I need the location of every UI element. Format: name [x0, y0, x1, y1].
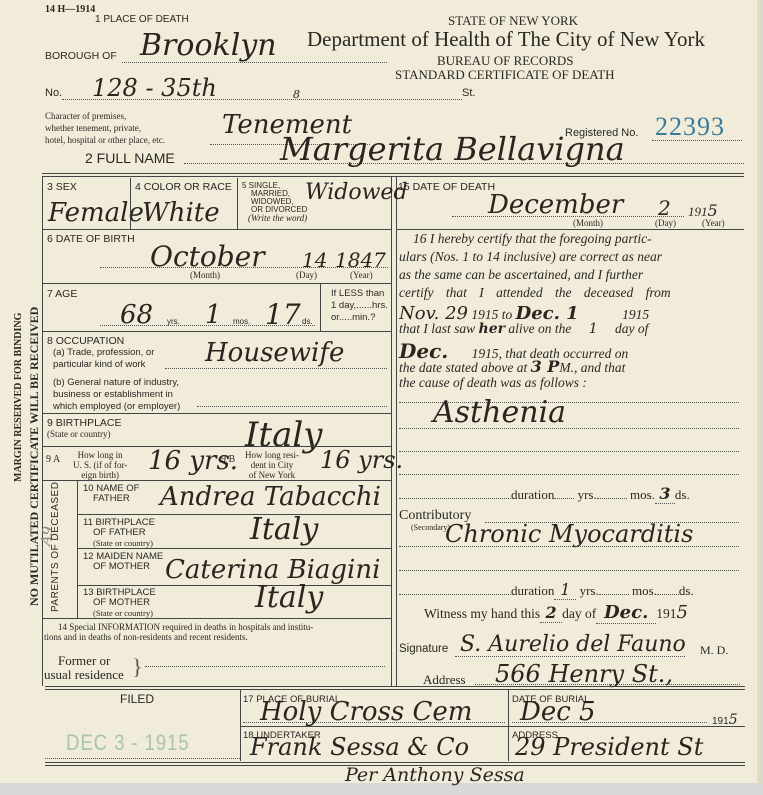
age-months: 1 [205, 300, 222, 330]
dob-label: 6 DATE OF BIRTH [47, 233, 135, 245]
place-of-death-section-label: 1 PLACE OF DEATH [95, 14, 189, 25]
filed-label: FILED [120, 692, 154, 706]
occupation-b-line: business or establishment in [53, 389, 180, 401]
father-birthplace-line: OF FATHER [83, 528, 155, 538]
mother-birthplace-value: Italy [255, 580, 323, 615]
duration-days: 3 [655, 484, 675, 504]
us-duration-prefix: 9 A [46, 454, 60, 465]
mother-name-line: OF MOTHER [83, 562, 163, 572]
father-birthplace-line: (State or country) [83, 538, 155, 548]
death-day: 2 [658, 196, 671, 220]
special-info-line: 14 Special INFORMATION required in death… [58, 622, 313, 632]
primary-duration-line: duration yrs. mos.3ds. [399, 484, 690, 504]
birthplace-value: Italy [245, 415, 322, 455]
nyc-duration-line: dent in City [245, 460, 299, 470]
street-suffix-label: St. [462, 87, 475, 99]
witness-month-value: Dec. [596, 602, 656, 624]
physician-signature: S. Aurelio del Fauno [460, 632, 686, 657]
premises-label-1: Character of premises, [45, 111, 126, 121]
full-name-value: Margerita Bellavigna [280, 130, 625, 168]
certify-line-1: 16 I hereby certify that the foregoing p… [413, 231, 652, 247]
attended-from-year: 1915 [471, 307, 498, 322]
death-day-caption: (Day) [655, 218, 676, 228]
date-of-death-label: 15 DATE OF DEATH [398, 181, 495, 193]
age-days: 17 [265, 298, 301, 331]
md-label: M. D. [700, 643, 728, 658]
duration-days [657, 594, 679, 595]
mother-name-label: 12 MAIDEN NAME OF MOTHER [83, 552, 163, 572]
dob-year: 1847 [335, 248, 386, 272]
dob-month: October [150, 240, 265, 273]
occupation-a-line: (a) Trade, profession, or [53, 347, 154, 359]
former-residence-label-2: usual residence [44, 667, 124, 683]
father-birthplace-value: Italy [250, 512, 318, 547]
birthplace-sublabel: (State or country) [47, 429, 110, 439]
father-name-label: 10 NAME OF FATHER [83, 484, 140, 504]
us-duration-line: How long in [73, 450, 127, 460]
undertaker-address-value: 29 President St [515, 733, 703, 761]
last-saw-label: that I last saw [399, 321, 475, 336]
burial-place-value: Holy Cross Cem [260, 697, 472, 727]
sex-label: 3 SEX [47, 181, 77, 193]
death-month: December [488, 190, 623, 220]
department-heading: Department of Health of The City of New … [307, 27, 705, 52]
premises-label-2: whether tenement, private, [45, 123, 141, 133]
duration-label: duration [511, 487, 554, 502]
physician-address-value: 566 Henry St., [495, 660, 673, 688]
signature-label: Signature [399, 643, 448, 655]
special-info-line: tions and in deaths of non-residents and… [44, 632, 313, 642]
secondary-duration-line: duration1 yrs. mos.ds. [399, 580, 694, 600]
undertaker-value: Frank Sessa & Co [250, 733, 469, 761]
street-no-label: No. [45, 87, 62, 99]
death-year-prefix: 191 [688, 204, 708, 219]
parents-group-label: PARENTS OF DECEASED [50, 482, 61, 612]
primary-cause-value: Asthenia [433, 395, 566, 430]
us-duration-label: How long in U. S. (if of for- eign birth… [73, 450, 127, 480]
margin-binding-note: MARGIN RESERVED FOR BINDING [13, 313, 24, 482]
borough-label: BOROUGH OF [45, 50, 117, 62]
attended-to-year: 1915 [622, 307, 649, 322]
age-years: 68 [120, 300, 153, 330]
race-label: 4 COLOR OR RACE [135, 181, 232, 193]
death-time-line: the date stated above at 3 PM., and that [399, 357, 625, 376]
last-saw-value: her [479, 321, 505, 337]
undertaker-per-signature: Per Anthony Sessa [345, 764, 525, 786]
duration-years [554, 498, 574, 499]
day-of-label: day of [615, 321, 648, 336]
marital-label: 5 SINGLE, MARRIED, WIDOWED, OR DIVORCED … [242, 182, 307, 222]
certify-line-4: certify that I attended the deceased fro… [399, 285, 671, 301]
mother-birthplace-label: 13 BIRTHPLACE OF MOTHER (State or countr… [83, 588, 156, 618]
father-name-value: Andrea Tabacchi [160, 482, 381, 512]
duration-years: 1 [554, 580, 576, 600]
alive-on-label: alive on the [508, 321, 571, 336]
alive-day-value: 1 [575, 321, 612, 337]
less-than-day-note: If LESS than 1 day,......hrs. or.....min… [331, 288, 388, 324]
race-value: White [142, 198, 220, 228]
witness-dayof-label: day of [562, 606, 596, 621]
occupation-a-value: Housewife [205, 338, 344, 368]
witness-label: Witness my hand this [424, 606, 540, 621]
nyc-duration-line: How long resi- [245, 450, 299, 460]
witness-year-suffix: 5 [676, 602, 687, 623]
duration-months [599, 594, 629, 595]
occupation-a-line: particular kind of work [53, 359, 154, 371]
father-name-line: FATHER [83, 494, 140, 504]
burial-date-value: Dec 5 [520, 697, 596, 727]
mother-birthplace-line: (State or country) [83, 608, 156, 618]
premises-label-3: hotel, hospital or other place, etc. [45, 135, 165, 145]
less-than-line: 1 day,......hrs. [331, 300, 388, 312]
secondary-cause-value: Chronic Myocarditis [445, 520, 693, 548]
street-no-value: 128 - 35th [92, 74, 217, 102]
marital-label-line: (Write the word) [242, 214, 307, 222]
mother-birthplace-line: OF MOTHER [83, 598, 156, 608]
death-time-suffix: M., and that [559, 360, 625, 375]
us-duration-line: eign birth) [73, 470, 127, 480]
age-ds-label: ds. [302, 317, 313, 326]
age-label: 7 AGE [47, 288, 77, 300]
special-info-note: 14 Special INFORMATION required in death… [58, 622, 313, 642]
witness-day-value: 2 [540, 603, 562, 623]
nyc-duration-value: 16 yrs. [320, 446, 403, 474]
age-yrs-label: yrs. [167, 317, 180, 326]
cause-intro: the cause of death was as follows : [399, 375, 587, 391]
dob-day-caption: (Day) [296, 270, 317, 280]
death-year-caption: (Year) [702, 218, 725, 228]
marital-value: Widowed [305, 180, 408, 205]
dob-month-caption: (Month) [190, 270, 220, 280]
duration-months [597, 498, 627, 499]
us-duration-line: U. S. (if of for- [73, 460, 127, 470]
witness-line: Witness my hand this2day ofDec.1915 [424, 602, 688, 624]
nyc-duration-label: How long resi- dent in City of New York [245, 450, 299, 480]
dob-year-caption: (Year) [350, 270, 373, 280]
birthplace-label: 9 BIRTHPLACE [47, 417, 122, 429]
attended-to-label: to [502, 307, 513, 322]
certify-line-2: ulars (Nos. 1 to 14 inclusive) are corre… [399, 249, 662, 265]
occupation-b-label: (b) General nature of industry, business… [53, 377, 180, 413]
nyc-duration-line: of New York [245, 470, 299, 480]
borough-value: Brooklyn [140, 28, 277, 63]
death-month-caption: (Month) [573, 218, 603, 228]
occupation-a-label: (a) Trade, profession, or particular kin… [53, 347, 154, 371]
occupation-b-line: (b) General nature of industry, [53, 377, 180, 389]
death-time-value: 3 P [531, 357, 560, 376]
last-saw-line: that I last saw her alive on the 1 day o… [399, 321, 648, 337]
witness-year-prefix: 191 [656, 606, 676, 621]
full-name-label: 2 FULL NAME [85, 150, 175, 166]
dob-day: 14 [302, 248, 327, 272]
certify-line-3: as the same can be ascertained, and I fu… [399, 267, 643, 283]
certificate-title: STANDARD CERTIFICATE OF DEATH [395, 67, 615, 83]
father-birthplace-label: 11 BIRTHPLACE OF FATHER (State or countr… [83, 518, 155, 548]
filed-date-stamp: DEC 3 - 1915 [66, 730, 190, 756]
registered-no-stamp: 22393 [655, 112, 725, 142]
age-mos-label: mos. [233, 317, 250, 326]
margin-mutilated-warning: NO MUTILATED CERTIFICATE WILL BE RECEIVE… [27, 307, 42, 606]
former-residence-field [145, 666, 385, 667]
occupation-b-line: which employed (or employer) [53, 401, 180, 413]
brace-icon: } [132, 654, 143, 680]
form-code: 14 H—1914 [45, 4, 95, 15]
less-than-line: or.....min.? [331, 312, 388, 324]
occupation-label: 8 OCCUPATION [47, 335, 124, 347]
death-time-label: the date stated above at [399, 360, 527, 375]
nyc-duration-prefix: 9 B [221, 454, 235, 465]
less-than-line: If LESS than [331, 288, 388, 300]
street-no-extra: 8 [293, 88, 300, 101]
death-certificate: 14 H—1914 1 PLACE OF DEATH STATE OF NEW … [0, 0, 761, 783]
duration-label: duration [511, 583, 554, 598]
